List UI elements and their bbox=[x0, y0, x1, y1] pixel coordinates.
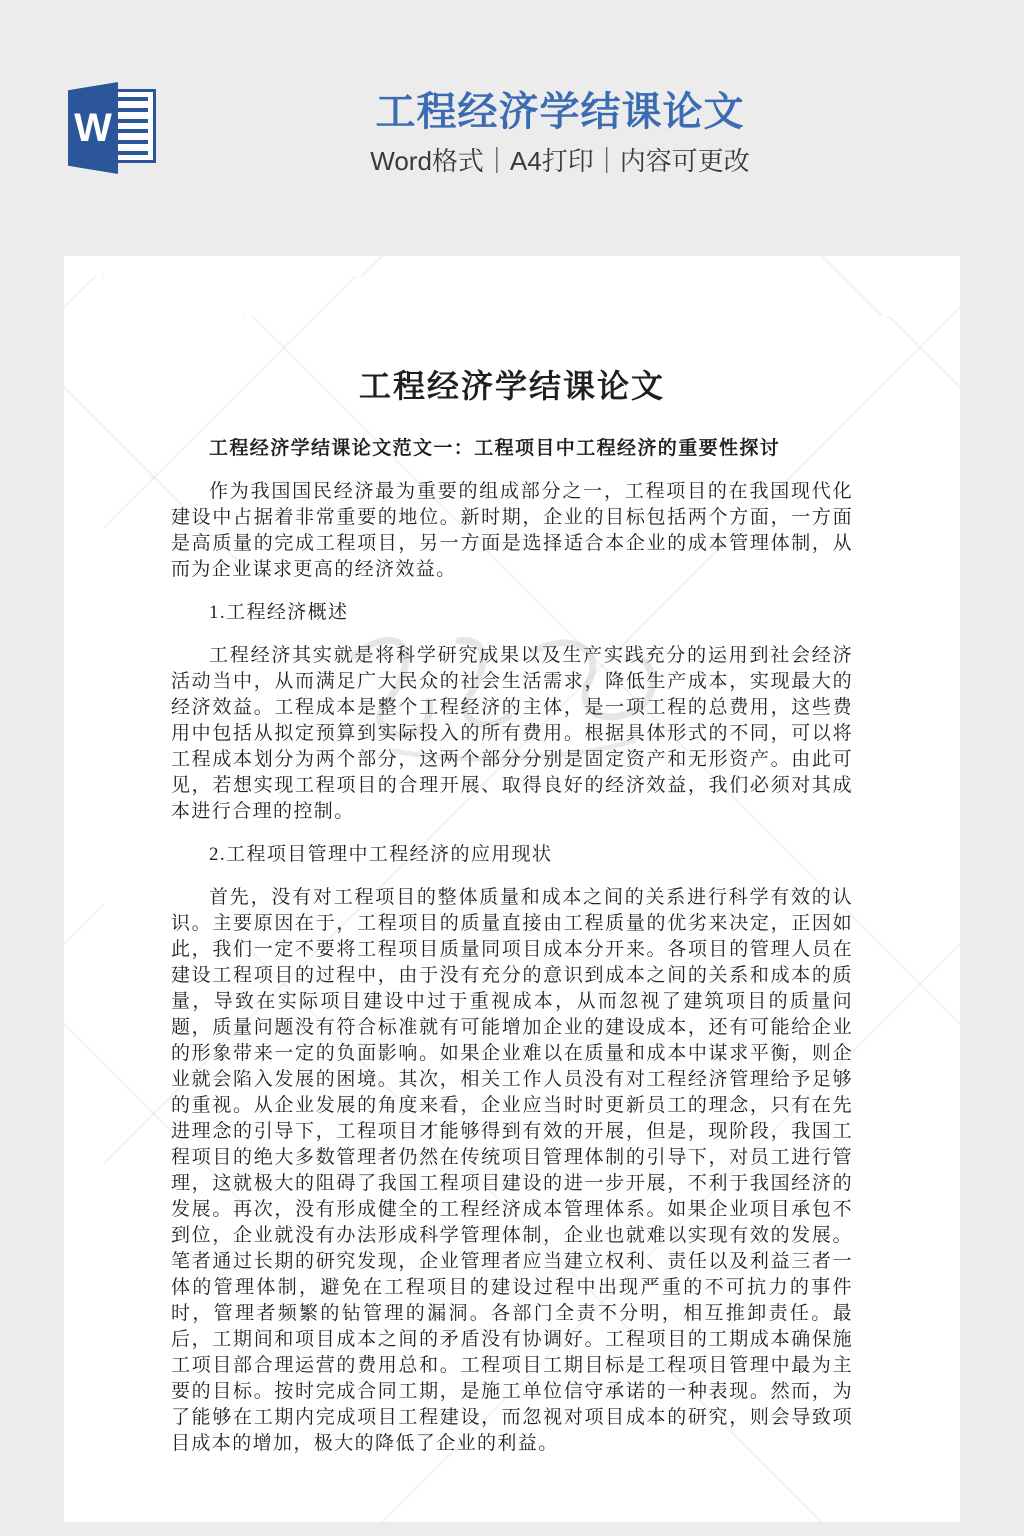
document-intro-heading: 工程经济学结课论文范文一：工程项目中工程经济的重要性探讨 bbox=[171, 436, 853, 462]
document-subheading: 1.工程经济概述 bbox=[171, 600, 853, 626]
document-paragraph: 工程经济其实就是将科学研究成果以及生产实践充分的运用到社会经济活动当中，从而满足… bbox=[171, 643, 853, 825]
word-logo-icon: W bbox=[68, 82, 156, 174]
page-canvas: W 工程经济学结课论文 Word格式｜A4打印｜内容可更改 工程经济学结课论文 … bbox=[0, 0, 1024, 1536]
word-logo-cover: W bbox=[68, 82, 118, 174]
template-title: 工程经济学结课论文 bbox=[96, 88, 1024, 136]
document-subheading: 2.工程项目管理中工程经济的应用现状 bbox=[171, 842, 853, 868]
word-logo-letter: W bbox=[74, 108, 112, 148]
document-page: 工程经济学结课论文 工程经济学结课论文范文一：工程项目中工程经济的重要性探讨作为… bbox=[64, 256, 960, 1522]
site-header: W 工程经济学结课论文 Word格式｜A4打印｜内容可更改 bbox=[0, 0, 1024, 256]
document-title: 工程经济学结课论文 bbox=[171, 364, 853, 408]
document-content: 工程经济学结课论文 工程经济学结课论文范文一：工程项目中工程经济的重要性探讨作为… bbox=[64, 256, 960, 1457]
document-paragraph: 作为我国国民经济最为重要的组成部分之一，工程项目的在我国现代化建设中占据着非常重… bbox=[171, 479, 853, 583]
document-body: 工程经济学结课论文范文一：工程项目中工程经济的重要性探讨作为我国国民经济最为重要… bbox=[171, 436, 853, 1457]
template-subtitle: Word格式｜A4打印｜内容可更改 bbox=[96, 146, 1024, 176]
document-paragraph: 首先，没有对工程项目的整体质量和成本之间的关系进行科学有效的认识。主要原因在于，… bbox=[171, 885, 853, 1457]
